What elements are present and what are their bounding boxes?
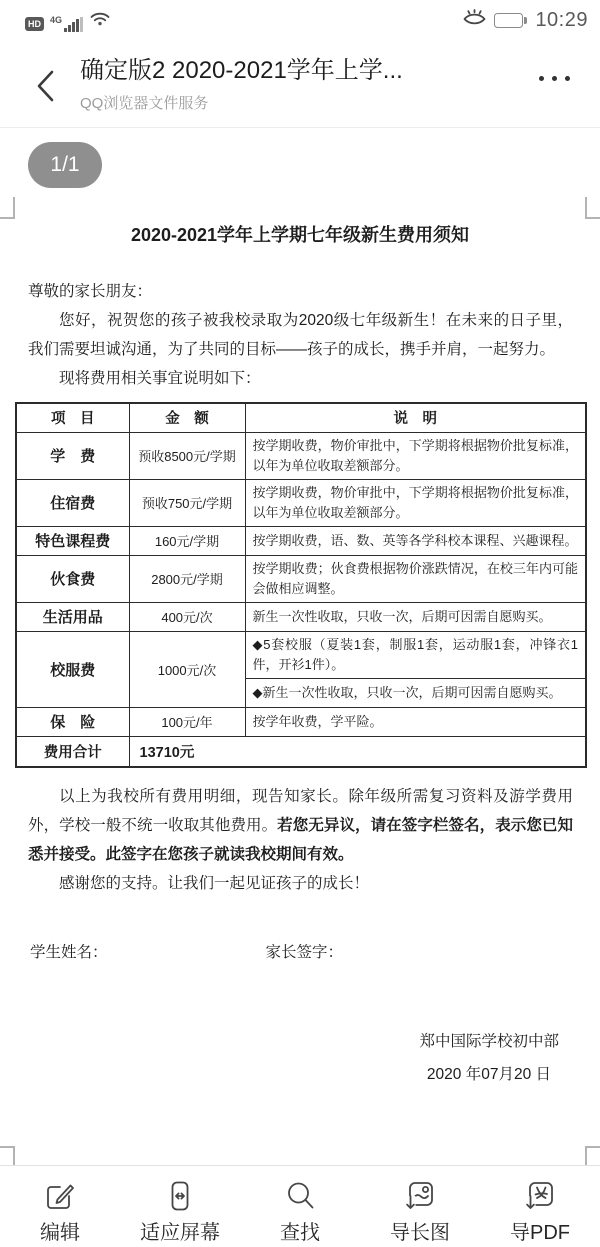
export-long-image-button[interactable]: 导长图: [360, 1166, 480, 1247]
eye-comfort-icon: [462, 8, 487, 32]
document-title: 2020-2021学年上学期七年级新生费用须知: [15, 222, 585, 248]
nav-titles: 确定版2 2020-2021学年上学... QQ浏览器文件服务: [80, 50, 520, 113]
export-pdf-button[interactable]: 导PDF: [480, 1166, 600, 1247]
page-corner-mark-top-left: [0, 197, 15, 219]
fit-screen-icon: [162, 1178, 198, 1214]
wifi-icon: [89, 9, 111, 32]
status-right-icons: 10:29: [462, 8, 588, 32]
notice-paragraph: 以上为我校所有费用明细，现告知家长。除年级所需复习资料及游学费用外，学校一般不统…: [15, 782, 585, 869]
header-item: 项 目: [16, 403, 129, 432]
export-image-icon: [402, 1178, 438, 1214]
table-header-row: 项 目 金 额 说 明: [16, 403, 586, 432]
find-button[interactable]: 查找: [240, 1166, 360, 1247]
signature-row: 学生姓名： 家长签字：: [15, 938, 585, 967]
table-row: 学 费 预收8500元/学期 按学期收费，物价审批中，下学期将根据物价批复标准，…: [16, 432, 586, 479]
parent-signature-label: 家长签字：: [266, 938, 344, 967]
edit-icon: [42, 1178, 78, 1214]
page-corner-mark-bottom-left: [0, 1146, 15, 1166]
document-date: 2020 年07月20 日: [15, 1060, 559, 1089]
thanks-line: 感谢您的支持。让我们一起见证孩子的成长！: [15, 869, 585, 898]
network-type-label: 4G: [50, 15, 62, 25]
screen: HD 4G: [0, 0, 600, 1247]
file-title: 确定版2 2020-2021学年上学...: [80, 50, 520, 85]
signal-bars-icon: [64, 17, 83, 32]
table-total-row: 费用合计 13710元: [16, 736, 586, 767]
table-row: 伙食费 2800元/学期 按学期收费；伙食费根据物价涨跌情况，在校三年内可能会做…: [16, 555, 586, 602]
student-name-label: 学生姓名：: [30, 938, 108, 967]
fees-intro-line: 现将费用相关事宜说明如下：: [15, 364, 585, 393]
bottom-toolbar: 编辑 适应屏幕 查找 导长图: [0, 1165, 600, 1247]
table-row: 特色课程费 160元/学期 按学期收费，语、数、英等各学科校本课程、兴趣课程。: [16, 526, 586, 555]
nav-bar: 确定版2 2020-2021学年上学... QQ浏览器文件服务: [0, 40, 600, 128]
document-page: 2020-2021学年上学期七年级新生费用须知 尊敬的家长朋友： 您好，祝贺您的…: [15, 219, 585, 1089]
fit-screen-button[interactable]: 适应屏幕: [120, 1166, 240, 1247]
cellular-signal-icon: 4G: [50, 15, 83, 32]
table-row: 校服费 1000元/次 ◆5套校服（夏装1套，制服1套，运动服1套，冲锋衣1件，…: [16, 631, 586, 678]
table-row: 住宿费 预收750元/学期 按学期收费，物价审批中，下学期将根据物价批复标准，以…: [16, 479, 586, 526]
battery-icon: [494, 12, 528, 28]
intro-paragraph: 您好，祝贺您的孩子被我校录取为2020级七年级新生！在未来的日子里，我们需要坦诚…: [15, 306, 585, 364]
status-bar: HD 4G: [0, 0, 600, 40]
header-description: 说 明: [245, 403, 586, 432]
table-row: 保 险 100元/年 按学年收费，学平险。: [16, 707, 586, 736]
fee-table: 项 目 金 额 说 明 学 费 预收8500元/学期 按学期收费，物价审批中，下…: [15, 402, 587, 768]
page-indicator-badge: 1/1: [28, 142, 102, 188]
clock-time: 10:29: [535, 9, 588, 32]
status-left-icons: HD 4G: [25, 9, 111, 32]
hd-badge-icon: HD: [25, 17, 44, 31]
back-button[interactable]: [30, 64, 60, 108]
header-amount: 金 额: [129, 403, 245, 432]
greeting-line: 尊敬的家长朋友：: [15, 277, 585, 306]
file-source-subtitle: QQ浏览器文件服务: [80, 92, 520, 113]
edit-button[interactable]: 编辑: [0, 1166, 120, 1247]
export-pdf-icon: [522, 1178, 558, 1214]
signature-block: 郑中国际学校初中部 2020 年07月20 日: [15, 1027, 585, 1089]
more-menu-button[interactable]: [539, 76, 570, 81]
school-name: 郑中国际学校初中部: [15, 1027, 559, 1056]
search-icon: [282, 1178, 318, 1214]
page-corner-mark-bottom-right: [585, 1146, 600, 1166]
table-row: 生活用品 400元/次 新生一次性收取，只收一次，后期可因需自愿购买。: [16, 602, 586, 631]
page-corner-mark-top-right: [585, 197, 600, 219]
